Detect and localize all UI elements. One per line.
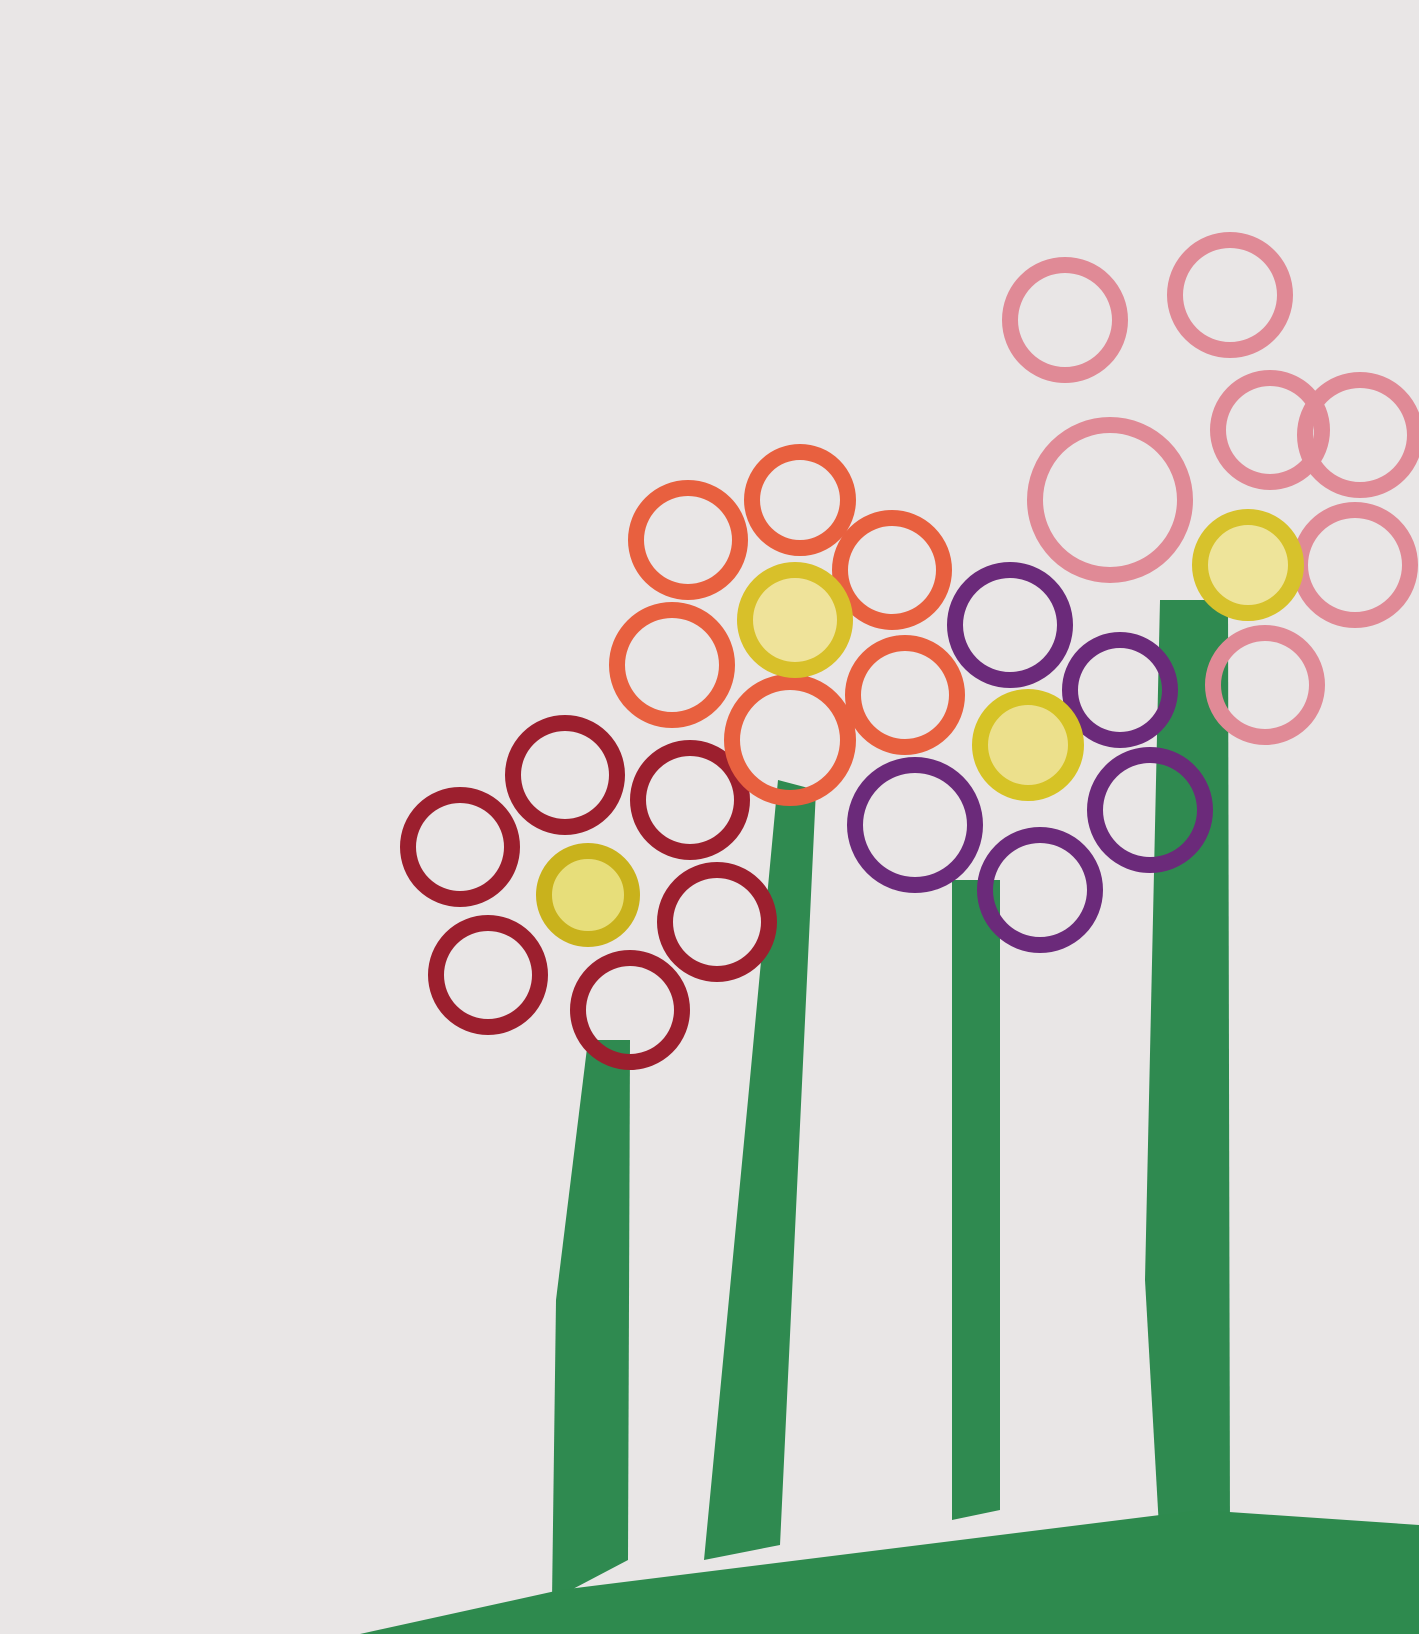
- stem-purple: [952, 880, 1000, 1520]
- quilled-flowers-photo: [0, 0, 1419, 1634]
- stem-pink: [1145, 600, 1230, 1545]
